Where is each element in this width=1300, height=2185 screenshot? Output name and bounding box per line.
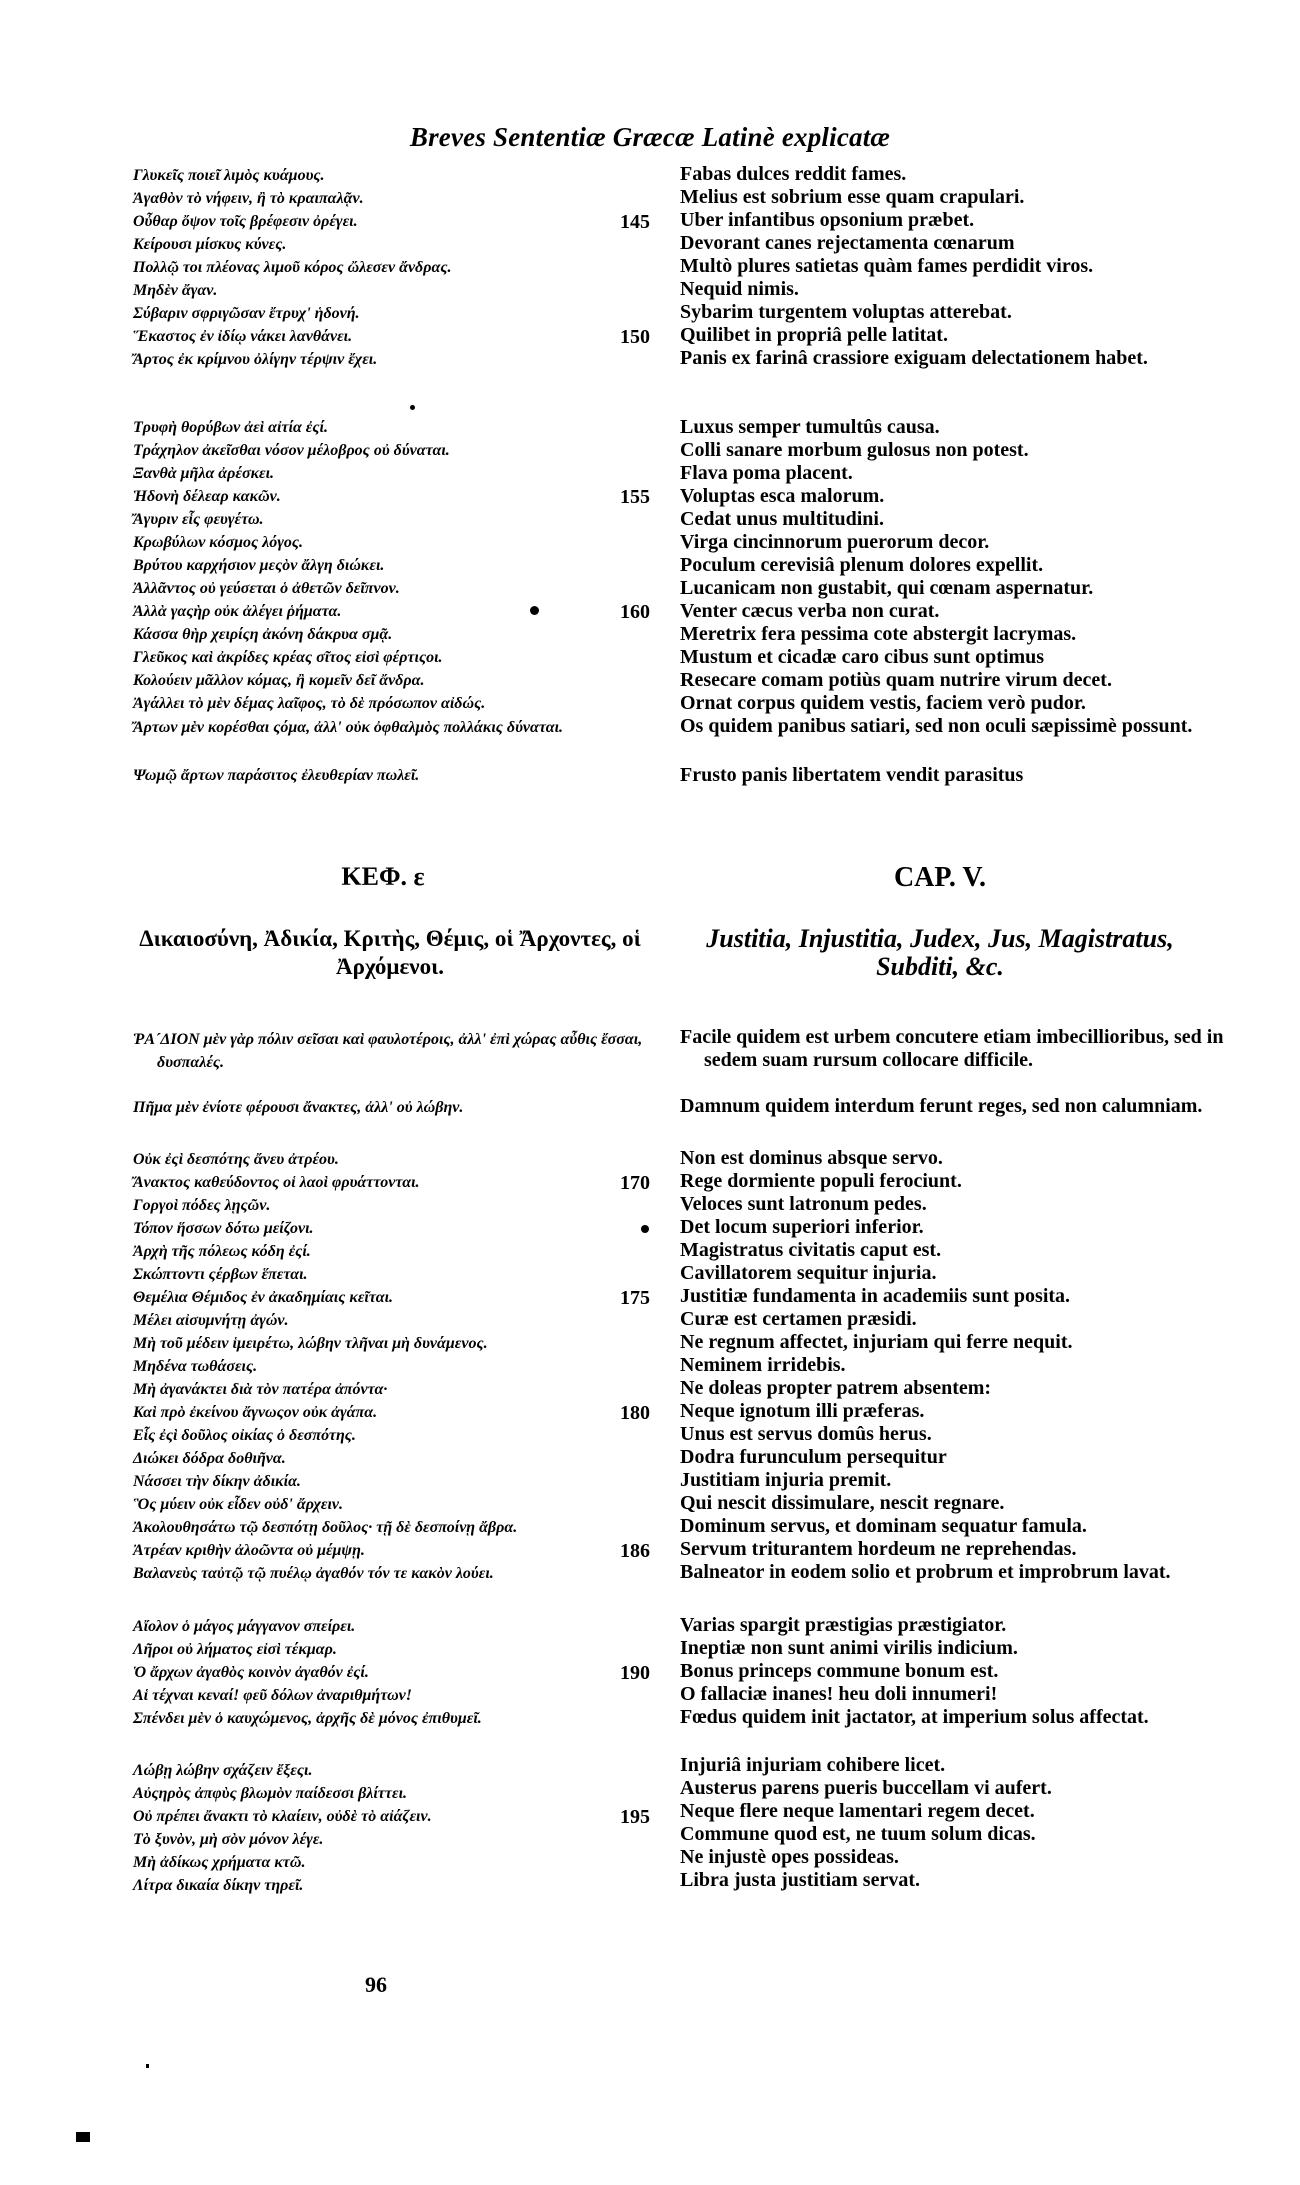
line-number: 145 (600, 211, 650, 233)
latin-sentence: Cedat unus multitudini. (680, 508, 1200, 530)
greek-sentence: Διώκει δόδρα δοθιῆνα. (133, 1448, 633, 1470)
scan-speck (410, 405, 415, 410)
greek-sentence: Λίτρα δικαία δίκην τηρεῖ. (133, 1875, 633, 1897)
line-number: 180 (600, 1402, 650, 1424)
latin-sentence: Dodra furunculum persequitur (680, 1446, 1200, 1468)
greek-sentence: Ἀρχὴ τῆς πόλεως κόδη ἐςί. (133, 1241, 633, 1263)
latin-sentence: Neminem irridebis. (680, 1354, 1200, 1376)
greek-sentence: Μὴ ἀγανάκτει διὰ τὸν πατέρα ἀπόντα· (133, 1379, 633, 1401)
greek-sentence: Τρυφὴ θορύβων ἀεὶ αἰτία ἐςί. (133, 417, 633, 439)
greek-sentence: Σκώπτοντι ςέρβων ἕπεται. (133, 1264, 633, 1286)
latin-sentence: Fabas dulces reddit fames. (680, 163, 1200, 185)
greek-sentence: Γλεῦκος καὶ ἀκρίδες κρέας σῖτος εἰσὶ φέρ… (133, 647, 633, 669)
greek-sentence: Μηδένα τωθάσεις. (133, 1356, 633, 1378)
greek-sentence: Ἄρτος ἐκ κρίμνου ὀλίγην τέρψιν ἔχει. (133, 349, 633, 371)
latin-sentence: Voluptas esca malorum. (680, 485, 1200, 507)
latin-sentence: Ineptiæ non sunt animi virilis indicium. (680, 1637, 1200, 1659)
greek-sentence: Κάσσα θὴρ χειρίςη ἀκόνη δάκρυα σμᾷ. (133, 624, 633, 646)
greek-sentence: Θεμέλια Θέμιδος ἐν ἀκαδημίαις κεῖται. (133, 1287, 633, 1309)
line-number: 190 (600, 1662, 650, 1684)
greek-sentence: Πῆμα μὲν ἐνίοτε φέρουσι ἄνακτες, ἀλλ' οὐ… (133, 1097, 633, 1119)
line-number: 195 (600, 1806, 650, 1828)
greek-sentence: Ἄνακτος καθεύδοντος οἱ λαοὶ φρυάττονται. (133, 1172, 633, 1194)
greek-sentence: Ἀκολουθησάτω τῷ δεσπότῃ δοῦλος· τῇ δὲ δε… (133, 1517, 633, 1539)
line-number: 160 (600, 601, 650, 623)
latin-sentence: Commune quod est, ne tuum solum dicas. (680, 1823, 1200, 1845)
greek-sentence: Πολλῷ τοι πλέονας λιμοῦ κόρος ὤλεσεν ἄνδ… (133, 257, 633, 279)
latin-sentence: Neque flere neque lamentari regem decet. (680, 1800, 1200, 1822)
latin-sentence: O fallaciæ inanes! heu doli innumeri! (680, 1683, 1200, 1705)
latin-sentence: Uber infantibus opsonium præbet. (680, 209, 1200, 231)
chapter-label-latin: CAP. V. (680, 862, 1200, 894)
latin-sentence: Mustum et cicadæ caro cibus sunt optimus (680, 646, 1200, 668)
line-number: 155 (600, 486, 650, 508)
greek-sentence: Κείρουσι μίσκυς κύνες. (133, 234, 633, 256)
greek-sentence: Οὐ πρέπει ἄνακτι τὸ κλαίειν, οὐδὲ τὸ αἰά… (133, 1806, 633, 1828)
greek-sentence: Λώβῃ λώβην σχάζειν ἔξεςι. (133, 1760, 633, 1782)
latin-sentence: Resecare comam potiùs quam nutrire virum… (680, 669, 1200, 691)
latin-sentence: Curæ est certamen præsidi. (680, 1308, 1200, 1330)
greek-sentence: Κρωβύλων κόσμος λόγος. (133, 532, 633, 554)
latin-sentence: Poculum cerevisiâ plenum dolores expelli… (680, 554, 1200, 576)
latin-sentence: Meretrix fera pessima cote abstergit lac… (680, 623, 1200, 645)
line-number: 150 (600, 326, 650, 348)
scan-speck (76, 2132, 90, 2142)
greek-sentence: Σύβαριν σφριγῶσαν ἔτρυχ' ἡδονή. (133, 303, 633, 325)
latin-sentence: Panis ex farinâ crassiore exiguam delect… (680, 347, 1224, 370)
latin-sentence: Sybarim turgentem voluptas atterebat. (680, 301, 1200, 323)
running-head: Breves Sententiæ Græcæ Latinè explicatæ (0, 122, 1300, 153)
latin-sentence: Injuriâ injuriam cohibere licet. (680, 1754, 1200, 1776)
latin-sentence: Bonus princeps commune bonum est. (680, 1660, 1200, 1682)
latin-sentence: Non est dominus absque servo. (680, 1147, 1200, 1169)
scan-speck (146, 2064, 149, 2068)
latin-sentence: Libra justa justitiam servat. (680, 1869, 1200, 1891)
line-number: 170 (600, 1172, 650, 1194)
greek-sentence: Ψωμῷ ἄρτων παράσιτος ἐλευθερίαν πωλεῖ. (133, 765, 633, 787)
greek-sentence: Βαλανεὺς ταὐτῷ τῷ πυέλῳ ἀγαθόν τόν τε κα… (133, 1563, 633, 1585)
greek-sentence: Μὴ ἀδίκως χρήματα κτῶ. (133, 1852, 633, 1874)
latin-sentence: Lucanicam non gustabit, qui cœnam aspern… (680, 577, 1200, 599)
greek-sentence: Ἕκαστος ἐν ἰδίῳ νάκει λανθάνει. (133, 326, 633, 348)
greek-sentence: Ἀγάλλει τὸ μὲν δέμας λαῖφος, τὸ δὲ πρόσω… (133, 693, 633, 715)
latin-sentence: Magistratus civitatis caput est. (680, 1239, 1200, 1261)
greek-sentence: Νάσσει τὴν δίκην ἀδικία. (133, 1471, 633, 1493)
latin-sentence: Damnum quidem interdum ferunt reges, sed… (680, 1095, 1224, 1118)
line-number: 186 (600, 1540, 650, 1562)
greek-sentence: Ἡδονὴ δέλεαρ κακῶν. (133, 486, 633, 508)
greek-sentence: Ὃς μύειν οὐκ εἶδεν οὐδ' ἄρχειν. (133, 1494, 633, 1516)
latin-sentence: Fœdus quidem init jactator, at imperium … (680, 1706, 1224, 1729)
greek-sentence: ῬΑ´ΔΙΟΝ μὲν γὰρ πόλιν σεῖσαι καὶ φαυλοτέ… (133, 1028, 657, 1074)
latin-sentence: Ne doleas propter patrem absentem: (680, 1377, 1200, 1399)
greek-sentence: Εἷς ἐςὶ δοῦλος οἰκίας ὁ δεσπότης. (133, 1425, 633, 1447)
greek-sentence: Κολούειν μᾶλλον κόμας, ἢ κομεῖν δεῖ ἄνδρ… (133, 670, 633, 692)
greek-sentence: Οὖθαρ ὄψον τοῖς βρέφεσιν ὀρέγει. (133, 211, 633, 233)
greek-sentence: Γοργοὶ πόδες λῃςῶν. (133, 1195, 633, 1217)
latin-sentence: Virga cincinnorum puerorum decor. (680, 531, 1200, 553)
latin-sentence: Austerus parens pueris buccellam vi aufe… (680, 1777, 1200, 1799)
greek-sentence: Γλυκεῖς ποιεῖ λιμὸς κυάμους. (133, 165, 633, 187)
greek-sentence: Ἀτρέαν κριθὴν ἀλοῶντα οὐ μέμψῃ. (133, 1540, 633, 1562)
greek-sentence: Λῆροι οὐ λήματος εἰσὶ τέκμαρ. (133, 1639, 633, 1661)
greek-sentence: Αἱ τέχναι κεναί! φεῦ δόλων ἀναριθμήτων! (133, 1685, 633, 1707)
greek-sentence: Ἄγυριν εἷς φευγέτω. (133, 509, 633, 531)
latin-sentence: Dominum servus, et dominam sequatur famu… (680, 1515, 1200, 1537)
greek-sentence: Ξανθὰ μῆλα ἀρέσκει. (133, 463, 633, 485)
greek-sentence: Μέλει αἰσυμνήτῃ ἀγών. (133, 1310, 633, 1332)
greek-sentence: Καὶ πρὸ ἐκείνου ἄγνωςον οὐκ ἀγάπα. (133, 1402, 633, 1424)
greek-sentence: Ὁ ἄρχων ἀγαθὸς κοινὸν ἀγαθόν ἐςί. (133, 1662, 633, 1684)
latin-sentence: Neque ignotum illi præferas. (680, 1400, 1200, 1422)
latin-sentence: Unus est servus domûs herus. (680, 1423, 1200, 1445)
latin-sentence: Multò plures satietas quàm fames perdidi… (680, 255, 1200, 277)
latin-sentence: Frusto panis libertatem vendit parasitus (680, 764, 1200, 786)
greek-sentence: Βρύτου καρχήσιον μεςὸν ἄλγη διώκει. (133, 555, 633, 577)
latin-sentence: Varias spargit præstigias præstigiator. (680, 1614, 1200, 1636)
scan-speck (530, 606, 539, 615)
greek-sentence: Αἴολον ὁ μάγος μάγγανον σπείρει. (133, 1616, 633, 1638)
greek-sentence: Τράχηλον ἀκεῖσθαι νόσον μέλοβρος οὐ δύνα… (133, 440, 633, 462)
latin-sentence: Devorant canes rejectamenta cœnarum (680, 232, 1200, 254)
latin-sentence: Facile quidem est urbem concutere etiam … (680, 1026, 1224, 1072)
chapter-subtitle-greek: Δικαιοσύνη, Ἀδικία, Κριτὴς, Θέμις, οἱ Ἄρ… (125, 925, 655, 981)
scan-speck (641, 1225, 649, 1233)
latin-sentence: Ornat corpus quidem vestis, faciem verò … (680, 692, 1200, 714)
greek-sentence: Μηδὲν ἄγαν. (133, 280, 633, 302)
greek-sentence: Ἀλλᾶντος οὐ γεύσεται ὁ ἀθετῶν δεῖπνον. (133, 578, 633, 600)
greek-sentence: Τόπον ἥσσων δότω μείζονι. (133, 1218, 633, 1240)
latin-sentence: Servum triturantem hordeum ne reprehenda… (680, 1538, 1200, 1560)
greek-sentence: Σπένδει μὲν ὁ καυχώμενος, ἀρχῆς δὲ μόνος… (133, 1708, 633, 1730)
latin-sentence: Colli sanare morbum gulosus non potest. (680, 439, 1200, 461)
latin-sentence: Quilibet in propriâ pelle latitat. (680, 324, 1200, 346)
page-number: 96 (365, 1972, 387, 1998)
latin-sentence: Veloces sunt latronum pedes. (680, 1193, 1200, 1215)
latin-sentence: Melius est sobrium esse quam crapulari. (680, 186, 1200, 208)
greek-sentence: Αὐςηρὸς ἀπφὺς βλωμὸν παίδεσσι βλίττει. (133, 1783, 633, 1805)
latin-sentence: Justitiam injuria premit. (680, 1469, 1200, 1491)
latin-sentence: Det locum superiori inferior. (680, 1216, 1200, 1238)
latin-sentence: Os quidem panibus satiari, sed non oculi… (680, 715, 1224, 738)
latin-sentence: Venter cæcus verba non curat. (680, 600, 1200, 622)
latin-sentence: Rege dormiente populi ferociunt. (680, 1170, 1200, 1192)
latin-sentence: Nequid nimis. (680, 278, 1200, 300)
greek-sentence: Ἄρτων μὲν κορέσθαι ςόμα, ἀλλ' οὐκ ὀφθαλμ… (133, 716, 657, 739)
latin-sentence: Flava poma placent. (680, 462, 1200, 484)
line-number: 175 (600, 1287, 650, 1309)
greek-sentence: Τὸ ξυνὸν, μὴ σὸν μόνον λέγε. (133, 1829, 633, 1851)
greek-sentence: Ἀγαθὸν τὸ νήφειν, ἢ τὸ κραιπαλᾷν. (133, 188, 633, 210)
greek-sentence: Μὴ τοῦ μέδειν ἱμειρέτω, λώβην τλῆναι μὴ … (133, 1333, 633, 1355)
latin-sentence: Balneator in eodem solio et probrum et i… (680, 1561, 1224, 1584)
latin-sentence: Luxus semper tumultûs causa. (680, 416, 1200, 438)
greek-sentence: Ἀλλὰ γαςὴρ οὐκ ἀλέγει ῥήματα. (133, 601, 633, 623)
latin-sentence: Qui nescit dissimulare, nescit regnare. (680, 1492, 1200, 1514)
greek-sentence: Οὐκ ἐςὶ δεσπότης ἄνευ ἀτρέου. (133, 1149, 633, 1171)
chapter-subtitle-latin: Justitia, Injustitia, Judex, Jus, Magist… (670, 925, 1210, 981)
latin-sentence: Cavillatorem sequitur injuria. (680, 1262, 1200, 1284)
chapter-label-greek: ΚΕΦ. ε (133, 862, 633, 892)
latin-sentence: Ne injustè opes possideas. (680, 1846, 1200, 1868)
latin-sentence: Justitiæ fundamenta in academiis sunt po… (680, 1285, 1200, 1307)
latin-sentence: Ne regnum affectet, injuriam qui ferre n… (680, 1331, 1200, 1353)
